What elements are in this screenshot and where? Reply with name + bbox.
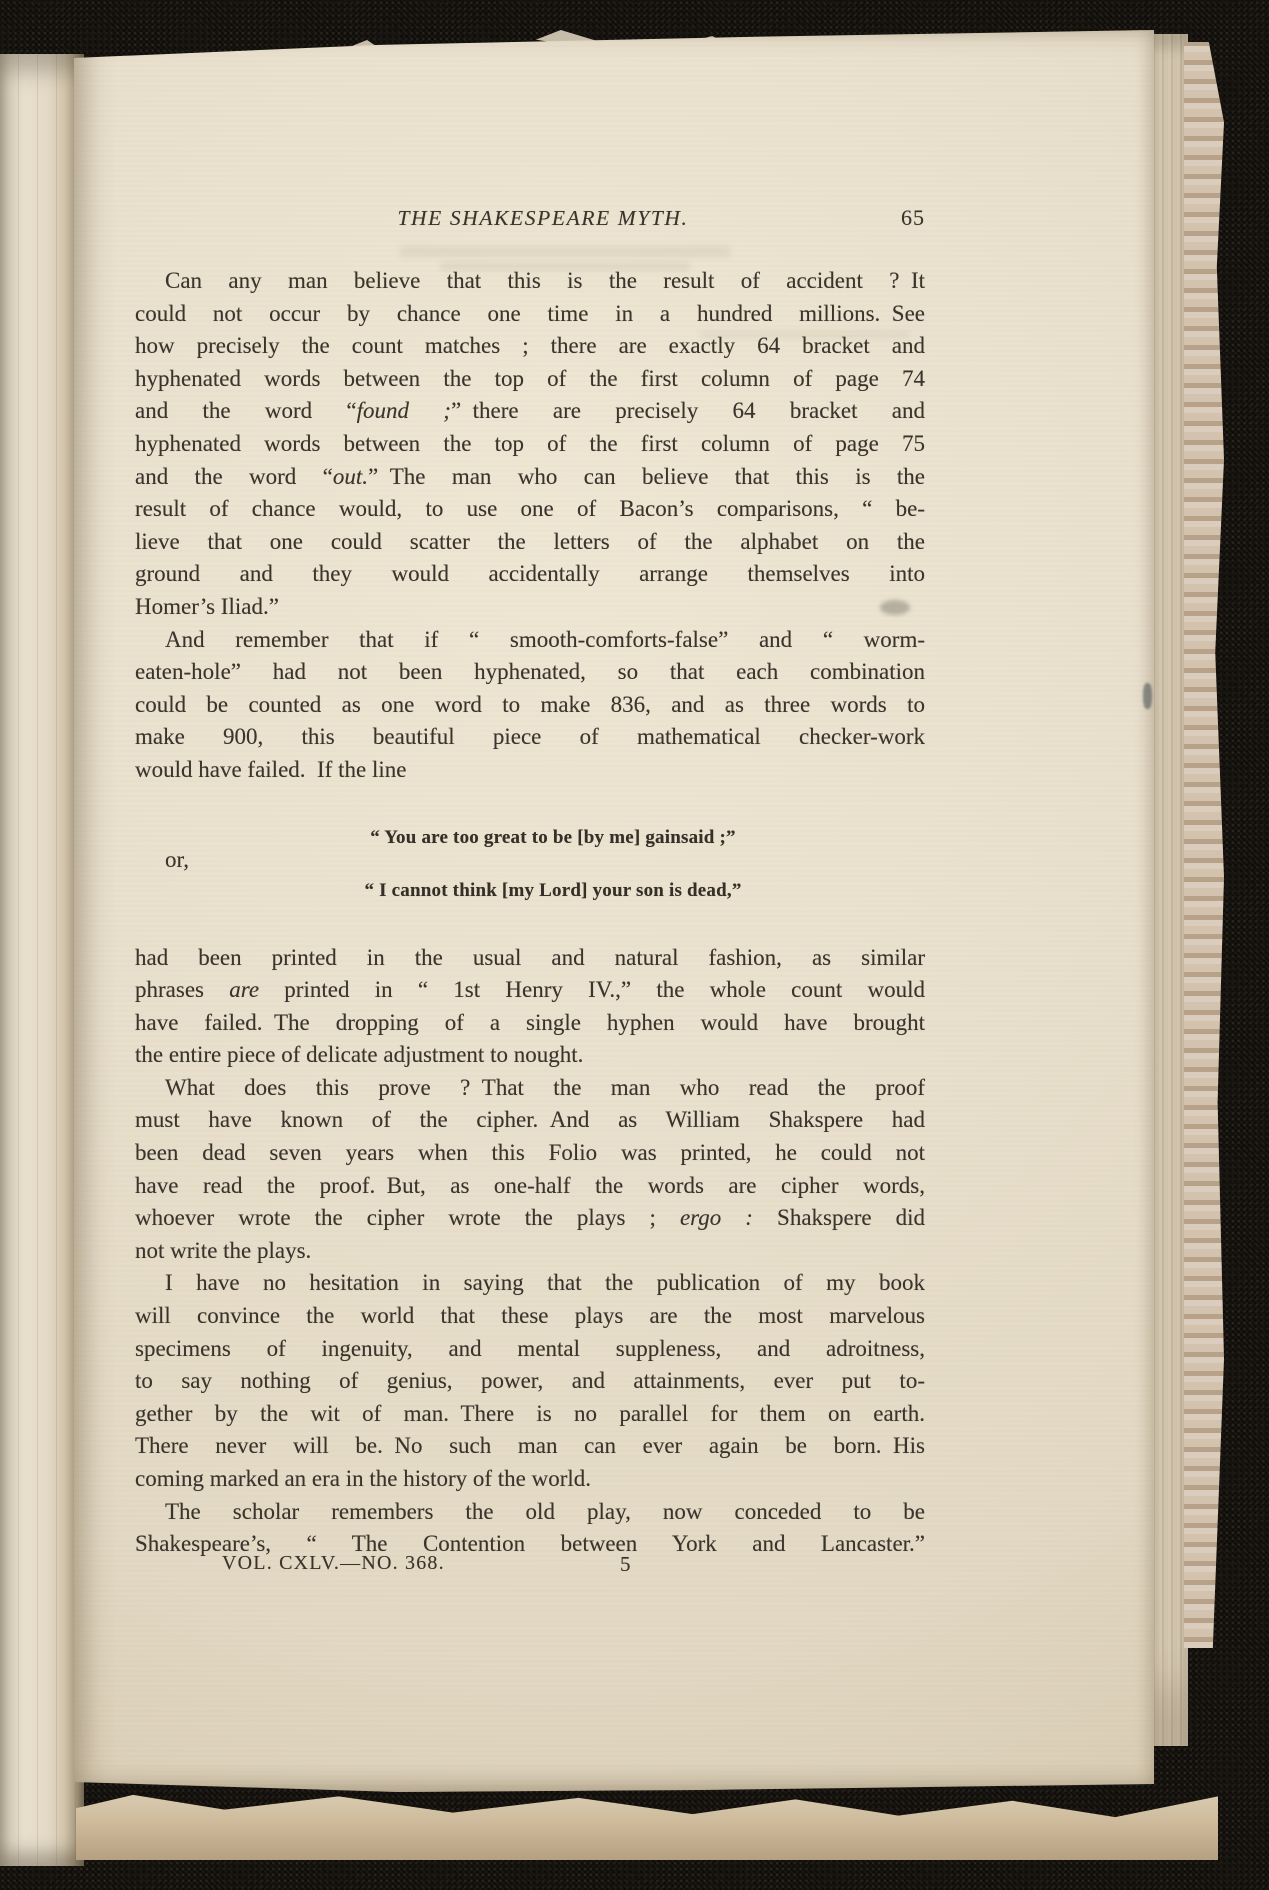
text-line: eaten-hole” had not been hyphenated, so … <box>135 656 925 689</box>
text-segment: and the word “ <box>135 398 357 423</box>
text-segment: Can any man believe that this is the res… <box>165 268 925 293</box>
text-segment: What does this prove ? That the man who … <box>165 1075 925 1100</box>
text-line: could not occur by chance one time in a … <box>135 298 925 331</box>
text-segment: hyphenated words between the top of the … <box>135 431 925 456</box>
text-segment: could be counted as one word to make 836… <box>135 692 925 717</box>
text-line: to say nothing of genius, power, and att… <box>135 1365 925 1398</box>
text-segment: ” there are precisely 64 bracket and <box>451 398 925 423</box>
text-segment: ” The man who can believe that this is t… <box>368 464 925 489</box>
page-content: THE SHAKESPEARE MYTH. 65 Can any man bel… <box>135 0 925 1890</box>
book-scan-photo: THE SHAKESPEARE MYTH. 65 Can any man bel… <box>0 0 1269 1890</box>
text-line: must have known of the cipher. And as Wi… <box>135 1104 925 1137</box>
text-line: how precisely the count matches ; there … <box>135 330 925 363</box>
text-line: the entire piece of delicate adjustment … <box>135 1039 925 1072</box>
quote-line: “ I cannot think [my Lord] your son is d… <box>135 877 925 904</box>
text-line: and the word “found ;” there are precise… <box>135 395 925 428</box>
fore-edge-mark <box>1143 683 1152 709</box>
text-line: hyphenated words between the top of the … <box>135 428 925 461</box>
text-line: hyphenated words between the top of the … <box>135 363 925 396</box>
text-segment: “ I cannot think [my Lord] your son is d… <box>364 880 741 901</box>
text-line: whoever wrote the cipher wrote the plays… <box>135 1202 925 1235</box>
italic-text-segment: are <box>229 977 259 1002</box>
text-line: had been printed in the usual and natura… <box>135 942 925 975</box>
text-segment: printed in “ 1st Henry IV.,” the whole c… <box>259 977 925 1002</box>
text-line: The scholar remembers the old play, now … <box>135 1496 925 1529</box>
text-segment: could not occur by chance one time in a … <box>135 301 925 326</box>
italic-text-segment: found ; <box>357 398 451 423</box>
text-line: ground and they would accidentally arran… <box>135 558 925 591</box>
text-segment: to say nothing of genius, power, and att… <box>135 1368 925 1393</box>
text-segment: result of chance would, to use one of Ba… <box>135 496 925 521</box>
text-segment: not write the plays. <box>135 1238 311 1263</box>
page-footer: VOL. CXLV.—NO. 368. 5 <box>135 1552 925 1582</box>
text-line: make 900, this beautiful piece of mathem… <box>135 721 925 754</box>
text-segment: been dead seven years when this Folio wa… <box>135 1140 925 1165</box>
text-line: Can any man believe that this is the res… <box>135 265 925 298</box>
text-segment: will convince the world that these plays… <box>135 1303 925 1328</box>
text-segment: There never will be. No such man can eve… <box>135 1433 925 1458</box>
text-segment: gether by the wit of man. There is no pa… <box>135 1401 925 1426</box>
text-line: And remember that if “ smooth-comforts-f… <box>135 624 925 657</box>
text-segment: make 900, this beautiful piece of mathem… <box>135 724 925 749</box>
text-line: been dead seven years when this Folio wa… <box>135 1137 925 1170</box>
right-page-edges <box>1150 34 1188 1746</box>
text-segment: eaten-hole” had not been hyphenated, so … <box>135 659 925 684</box>
text-segment: coming marked an era in the history of t… <box>135 1466 591 1491</box>
text-line: have failed. The dropping of a single hy… <box>135 1007 925 1040</box>
text-segment: had been printed in the usual and natura… <box>135 945 925 970</box>
text-line: gether by the wit of man. There is no pa… <box>135 1398 925 1431</box>
text-line: will convince the world that these plays… <box>135 1300 925 1333</box>
page-number: 65 <box>901 205 925 231</box>
text-line: specimens of ingenuity, and mental suppl… <box>135 1333 925 1366</box>
text-segment: phrases <box>135 977 229 1002</box>
text-segment: I have no hesitation in saying that the … <box>165 1270 925 1295</box>
text-segment: how precisely the count matches ; there … <box>135 333 925 358</box>
text-segment: “ You are too great to be [by me] gainsa… <box>370 827 735 848</box>
text-line: would have failed. If the line <box>135 754 925 787</box>
text-segment: Homer’s Iliad.” <box>135 594 279 619</box>
text-line: not write the plays. <box>135 1235 925 1268</box>
text-segment: And remember that if “ smooth-comforts-f… <box>165 627 925 652</box>
text-line: could be counted as one word to make 836… <box>135 689 925 722</box>
text-segment: specimens of ingenuity, and mental suppl… <box>135 1336 925 1361</box>
text-segment: the entire piece of delicate adjustment … <box>135 1042 583 1067</box>
text-line: phrases are printed in “ 1st Henry IV.,”… <box>135 974 925 1007</box>
text-segment: must have known of the cipher. And as Wi… <box>135 1107 925 1132</box>
text-segment: The scholar remembers the old play, now … <box>165 1499 925 1524</box>
text-segment: Shakspere did <box>753 1205 925 1230</box>
text-line: What does this prove ? That the man who … <box>135 1072 925 1105</box>
text-line: I have no hesitation in saying that the … <box>135 1267 925 1300</box>
text-segment: hyphenated words between the top of the … <box>135 366 925 391</box>
text-segment: ground and they would accidentally arran… <box>135 561 925 586</box>
text-segment: lieve that one could scatter the letters… <box>135 529 925 554</box>
text-segment: would have failed. If the line <box>135 757 406 782</box>
text-block: Can any man believe that this is the res… <box>135 265 925 1561</box>
text-segment: and the word “ <box>135 464 333 489</box>
italic-text-segment: ergo : <box>680 1205 753 1230</box>
text-line: and the word “out.” The man who can beli… <box>135 461 925 494</box>
text-segment: have read the proof. But, as one-half th… <box>135 1173 925 1198</box>
text-segment: or, <box>165 847 189 872</box>
signature-mark: 5 <box>620 1552 631 1577</box>
text-line: coming marked an era in the history of t… <box>135 1463 925 1496</box>
text-line: result of chance would, to use one of Ba… <box>135 493 925 526</box>
volume-issue-label: VOL. CXLV.—NO. 368. <box>222 1552 445 1575</box>
text-line: Homer’s Iliad.” <box>135 591 925 624</box>
running-head-title: THE SHAKESPEARE MYTH. <box>135 206 925 231</box>
text-line: lieve that one could scatter the letters… <box>135 526 925 559</box>
left-page-stack <box>0 54 84 1866</box>
text-line: There never will be. No such man can eve… <box>135 1430 925 1463</box>
italic-text-segment: out. <box>333 464 368 489</box>
text-segment: whoever wrote the cipher wrote the plays… <box>135 1205 680 1230</box>
text-line: have read the proof. But, as one-half th… <box>135 1170 925 1203</box>
text-segment: have failed. The dropping of a single hy… <box>135 1010 925 1035</box>
